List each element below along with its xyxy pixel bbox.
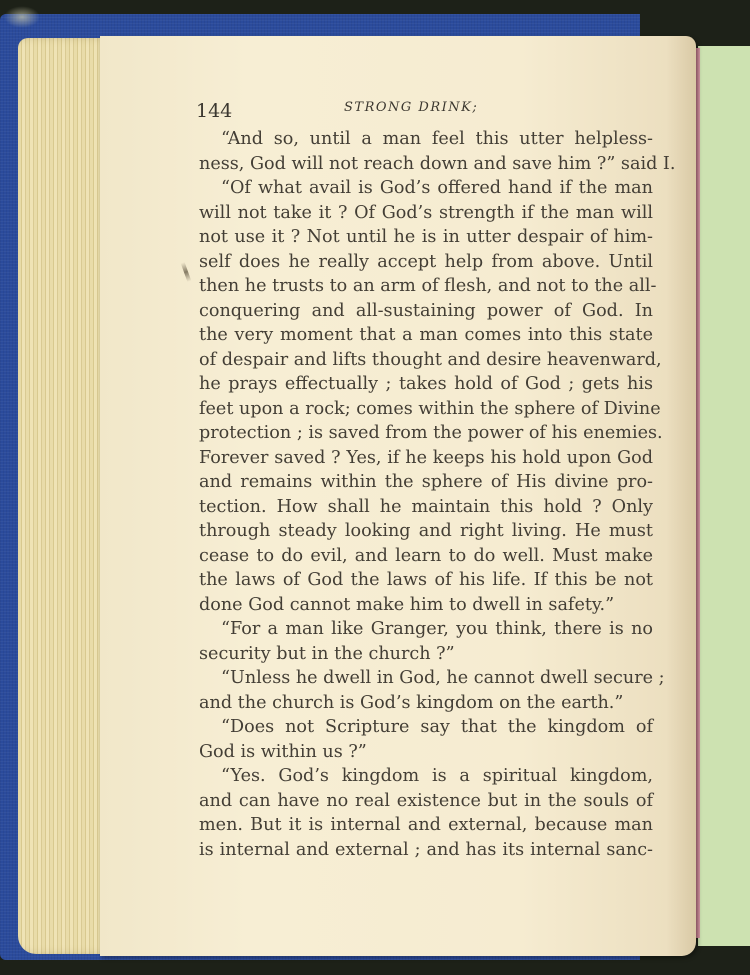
- text-line: Forever saved ? Yes, if he keeps his hol…: [199, 446, 653, 471]
- text-line: and remains within the sphere of His div…: [199, 470, 653, 495]
- text-line: tection. How shall he maintain this hold…: [199, 495, 653, 520]
- text-line: the very moment that a man comes into th…: [199, 323, 653, 348]
- text-line: will not take it ? Of God’s strength if …: [199, 201, 653, 226]
- text-line: cease to do evil, and learn to do well. …: [199, 544, 653, 569]
- text-line: he prays effectually ; takes hold of God…: [199, 372, 653, 397]
- text-line: then he trusts to an arm of flesh, and n…: [199, 274, 653, 299]
- text-line: feet upon a rock; comes within the spher…: [199, 397, 653, 422]
- page-number: 144: [196, 100, 232, 122]
- text-line: men. But it is internal and external, be…: [199, 813, 653, 838]
- text-line: “Does not Scripture say that the kingdom…: [199, 715, 653, 740]
- text-line: done God cannot make him to dwell in saf…: [199, 593, 653, 618]
- text-line: through steady looking and right living.…: [199, 519, 653, 544]
- text-line: of despair and lifts thought and desire …: [199, 348, 653, 373]
- text-line: conquering and all-sustaining power of G…: [199, 299, 653, 324]
- text-line: “For a man like Granger, you think, ther…: [199, 617, 653, 642]
- running-head: 144 STRONG DRINK;: [196, 98, 656, 124]
- body-text: “And so, until a man feel this utter hel…: [199, 127, 653, 862]
- text-line: “Yes. God’s kingdom is a spiritual kingd…: [199, 764, 653, 789]
- text-line: “Unless he dwell in God, he cannot dwell…: [199, 666, 653, 691]
- text-line: “And so, until a man feel this utter hel…: [199, 127, 653, 152]
- text-line: “Of what avail is God’s offered hand if …: [199, 176, 653, 201]
- ink-smudge: [181, 262, 192, 282]
- text-line: and the church is God’s kingdom on the e…: [199, 691, 653, 716]
- text-line: not use it ? Not until he is in utter de…: [199, 225, 653, 250]
- text-line: the laws of God the laws of his life. If…: [199, 568, 653, 593]
- text-line: is internal and external ; and has its i…: [199, 838, 653, 863]
- text-line: God is within us ?”: [199, 740, 653, 765]
- endpaper: [698, 46, 750, 946]
- text-line: ness, God will not reach down and save h…: [199, 152, 653, 177]
- page-stack: [18, 38, 110, 954]
- text-line: and can have no real existence but in th…: [199, 789, 653, 814]
- running-title: STRONG DRINK;: [344, 100, 478, 115]
- cover-wear-mark: [4, 6, 40, 28]
- text-line: security but in the church ?”: [199, 642, 653, 667]
- text-line: protection ; is saved from the power of …: [199, 421, 653, 446]
- book-page: 144 STRONG DRINK; “And so, until a man f…: [100, 36, 696, 956]
- text-line: self does he really accept help from abo…: [199, 250, 653, 275]
